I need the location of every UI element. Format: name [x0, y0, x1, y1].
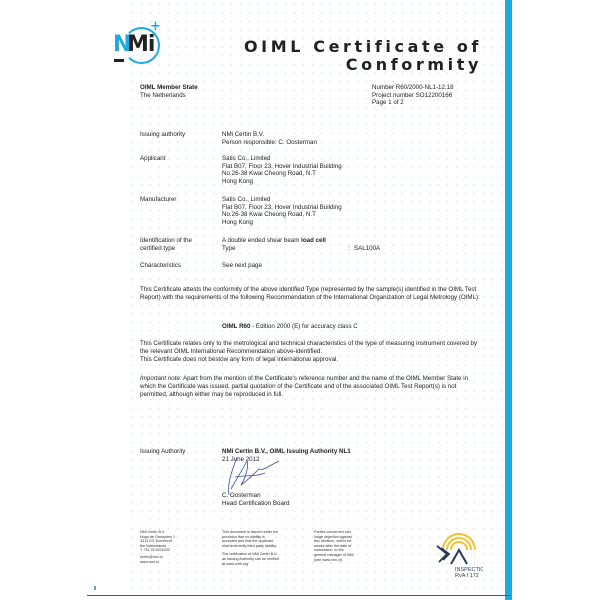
manufacturer-value: Satis Co., Limited Flat B07, Floor 23, H…	[222, 196, 342, 226]
label-line: Identification of the	[140, 237, 192, 245]
footer-line: as Issuing Authority can be verified	[222, 557, 279, 562]
signature-issuing-label: Issuing Authority	[140, 448, 185, 456]
footer-line: at www.oiml.org	[222, 562, 279, 567]
value-line: NMi Certin B.V.	[222, 131, 317, 139]
type-label: Type	[222, 245, 326, 253]
brand-stripe	[505, 0, 512, 600]
svg-text:RvA I 172: RvA I 172	[455, 573, 479, 578]
value-line: Hong Kong	[222, 178, 342, 186]
recommendation-edition: - Edition 2000 (E) for accuracy class C	[250, 323, 357, 330]
project-number: Project number SO12200166	[372, 92, 454, 100]
member-state-label: OIML Member State	[140, 84, 198, 92]
signatory-name: C. Oosterman	[222, 492, 289, 500]
value-line: No.26-38 Kwai Cheong Road, N.T	[222, 170, 342, 178]
certificate-number: Number R60/2000-NL1-12.18	[372, 84, 454, 92]
footer-objection: Parties concerned can lodge objection ag…	[314, 530, 354, 562]
title-line-1: OIML Certificate of	[244, 38, 482, 56]
value-line: Satis Co., Limited	[222, 196, 342, 204]
applicant-label: Applicant	[140, 155, 165, 163]
nmi-logo: N Mi +	[113, 25, 173, 65]
footer-line: general manager of NMi	[314, 553, 354, 558]
identification-value: A double ended shear beam load cell Type	[222, 237, 326, 252]
footer-line: shall indemnify third-party liability.	[222, 544, 279, 549]
relates-paragraph: This Certificate relates only to the met…	[140, 340, 485, 363]
footer-line: T +31 78 6332332	[140, 548, 175, 553]
footer-line: Parties concerned can	[314, 530, 354, 535]
logo-letters-mi: Mi	[127, 32, 154, 57]
value-line: Satis Co., Limited	[222, 155, 342, 163]
recommendation-line: OIML R60 - Edition 2000 (E) for accuracy…	[222, 323, 358, 330]
label-line: certified type	[140, 245, 192, 253]
footer-line: This document is issued under the	[222, 530, 279, 535]
characteristics-label: Characteristics	[140, 262, 181, 270]
page-title: OIML Certificate of Conformity	[244, 38, 482, 74]
value-line: Hong Kong	[222, 219, 342, 227]
footer-line: (see www.nmi.nl).	[314, 558, 354, 563]
bestow-text: This Certificate does not bestow any for…	[140, 356, 485, 364]
value-line: No.26-38 Kwai Cheong Road, N.T	[222, 211, 342, 219]
description-text: A double ended shear beam	[222, 237, 301, 244]
recommendation-code: OIML R60	[222, 323, 250, 330]
value-line: Flat B07, Floor 23, Hover Industrial Bui…	[222, 204, 342, 212]
important-note: Important note: Apart from the mention o…	[140, 375, 485, 398]
logo-plus-icon: +	[150, 19, 161, 34]
description-bold: load cell	[301, 237, 326, 244]
rva-inspection-seal: INSPECTION RvA I 172	[433, 528, 483, 578]
rva-seal-icon: INSPECTION RvA I 172	[433, 528, 483, 578]
issuing-authority-label: Issuing authority	[140, 131, 185, 139]
page-marker	[94, 586, 96, 590]
signatory-role: Head Certification Board	[222, 500, 289, 508]
signatory: C. Oosterman Head Certification Board	[222, 492, 289, 507]
certificate-page: N Mi + OIML Certificate of Conformity OI…	[0, 0, 600, 600]
page-number: Page 1 of 2	[372, 99, 454, 107]
footer-address: NMi Certin B.V. Hugo de Grootplein 1 331…	[140, 530, 175, 564]
value-line: Flat B07, Floor 23, Hover Industrial Bui…	[222, 163, 342, 171]
page-bottom-border	[87, 595, 511, 596]
value-line: Person responsible: C. Oosterman	[222, 139, 317, 147]
footer-liability: This document is issued under the provis…	[222, 530, 279, 566]
footer-website: www.nmi.nl	[140, 560, 175, 565]
relates-text: This Certificate relates only to the met…	[140, 340, 485, 356]
identification-description: A double ended shear beam load cell	[222, 237, 326, 245]
characteristics-value: See next page	[222, 262, 262, 270]
member-state: OIML Member State The Netherlands	[140, 84, 198, 99]
logo-underline	[114, 59, 124, 62]
applicant-value: Satis Co., Limited Flat B07, Floor 23, H…	[222, 155, 342, 185]
manufacturer-label: Manufacturer	[140, 196, 176, 204]
attest-paragraph: This Certificate attests the conformity …	[140, 286, 485, 302]
type-value: SAL100A	[354, 245, 380, 252]
member-state-value: The Netherlands	[140, 92, 198, 100]
note-label: Important note:	[140, 375, 182, 382]
note-text: Apart from the mention of the Certificat…	[140, 375, 468, 398]
type-separator: :	[348, 245, 350, 253]
identification-label: Identification of the certified type	[140, 237, 192, 252]
issuing-authority-value: NMi Certin B.V. Person responsible: C. O…	[222, 131, 317, 146]
certificate-references: Number R60/2000-NL1-12.18 Project number…	[372, 84, 454, 107]
title-line-2: Conformity	[244, 56, 482, 74]
